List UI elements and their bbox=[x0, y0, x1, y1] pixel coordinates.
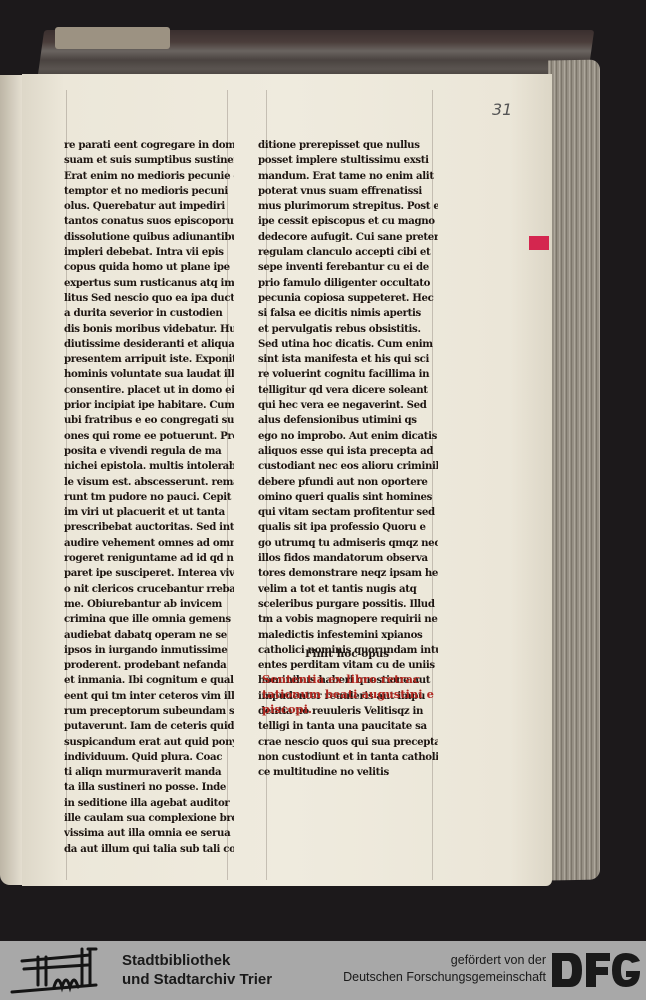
page-fore-edge bbox=[548, 60, 600, 881]
funding-credit: gefördert von der Deutschen Forschungsge… bbox=[343, 952, 546, 986]
rubric-line: tationum beati augustini e bbox=[262, 687, 434, 702]
manuscript-photo: 31 re parati eent cogregare in domusuam … bbox=[0, 0, 646, 940]
text-line: omino queri qualis sint homines bbox=[258, 490, 438, 505]
text-line: ce multitudine no velitis bbox=[258, 765, 438, 780]
rubric-heading: Sententia ex libro retrac tationum beati… bbox=[262, 672, 434, 717]
text-line: maledictis infestemini xpianos bbox=[258, 628, 438, 643]
text-line: im viri ut placuerit et ut tanta bbox=[64, 505, 234, 520]
text-line: eent qui tm inter ceteros vim illo bbox=[64, 689, 234, 704]
text-line: nichei epistola. multis intolerabi bbox=[64, 459, 234, 474]
text-line: ta illa sustineri no posse. Inde bbox=[64, 780, 234, 795]
text-line: olus. Querebatur aut impediri bbox=[64, 199, 234, 214]
text-line: suam et suis sumptibus sustinere. bbox=[64, 153, 234, 168]
text-line: o nit clericos crucebantur rrebarri bbox=[64, 582, 234, 597]
text-line: runt tm pudore no pauci. Cepit bbox=[64, 490, 234, 505]
text-line: paret ipe susciperet. Interea vive bbox=[64, 566, 234, 581]
funding-line2: Deutschen Forschungsgemeinschaft bbox=[343, 969, 546, 986]
text-line: presentem arripuit iste. Exponit bbox=[64, 352, 234, 367]
text-line: dedecore aufugit. Cui sane preter bbox=[258, 230, 438, 245]
text-line: Erat enim no medioris pecunie co bbox=[64, 169, 234, 184]
library-name: Stadtbibliothek und Stadtarchiv Trier bbox=[122, 951, 272, 989]
rubric-line: Sententia ex libro retrac bbox=[262, 672, 434, 687]
text-line: da aut illum qui talia sub tali co bbox=[64, 842, 234, 857]
text-line: rogeret reniguntame ad id qd no bbox=[64, 551, 234, 566]
text-line: aliquos esse qui ista precepta ad bbox=[258, 444, 438, 459]
text-line: rum preceptorum subeundam sibi bbox=[64, 704, 234, 719]
text-line: telligi in tanta una paucitate sa bbox=[258, 719, 438, 734]
text-line: ipe cessit episcopus et cu magno bbox=[258, 214, 438, 229]
text-line: hominis voluntate sua laudat illeat bbox=[64, 367, 234, 382]
library-name-line2: und Stadtarchiv Trier bbox=[122, 970, 272, 989]
text-line: prescribebat auctoritas. Sed interim bbox=[64, 520, 234, 535]
text-line: tantos conatus suos episcoporum bbox=[64, 214, 234, 229]
text-line: pecunia copiosa suppeteret. Hec bbox=[258, 291, 438, 306]
explicit-line: Finit hoc opus bbox=[305, 648, 389, 660]
text-line: ti aliqn murmuraverit manda bbox=[64, 765, 234, 780]
text-line: poterat vnus suam effrenatissi bbox=[258, 184, 438, 199]
text-line: individuum. Quid plura. Coac bbox=[64, 750, 234, 765]
text-line: ego no improbo. Aut enim dicatis bbox=[258, 429, 438, 444]
text-line: ille caulam sua complexione bre bbox=[64, 811, 234, 826]
funding-line1: gefördert von der bbox=[343, 952, 546, 969]
text-line: litus Sed nescio quo ea ipa ducta bbox=[64, 291, 234, 306]
text-line: qualis sit ipa professio Quoru e bbox=[258, 520, 438, 535]
text-line: tores demonstrare neqz ipsam hec bbox=[258, 566, 438, 581]
text-line: mandum. Erat tame no enim alit bbox=[258, 169, 438, 184]
text-line: prior incipiat ipe habitare. Cumq bbox=[64, 398, 234, 413]
text-line: sepe inventi ferebantur cu ei de bbox=[258, 260, 438, 275]
text-line: dis bonis moribus videbatur. Huic bbox=[64, 322, 234, 337]
text-line: vissima aut illa omnia ee serua bbox=[64, 826, 234, 841]
text-line: non custodiunt et in tanta catholi bbox=[258, 750, 438, 765]
text-line: qui vitam sectam profitentur sed bbox=[258, 505, 438, 520]
red-tab-marker bbox=[529, 236, 549, 250]
text-line: mus plurimorum strepitus. Post eni bbox=[258, 199, 438, 214]
text-line: telligitur qd vera dicere soleant bbox=[258, 383, 438, 398]
text-column-left: re parati eent cogregare in domusuam et … bbox=[64, 138, 234, 857]
text-line: sint ista manifesta et his qui sci bbox=[258, 352, 438, 367]
text-line: re voluerint cognitu facillima in bbox=[258, 367, 438, 382]
text-line: audiebat dabatq operam ne se bbox=[64, 628, 234, 643]
text-line: go utrumq tu admiseris qmqz nec bbox=[258, 536, 438, 551]
text-line: et inmania. Ibi cognitum e quales bbox=[64, 673, 234, 688]
text-line: proderent. prodebant nefanda bbox=[64, 658, 234, 673]
text-line: ones qui rome ee potuerunt. Pro bbox=[64, 429, 234, 444]
text-line: debere pfundi aut non oportere bbox=[258, 475, 438, 490]
text-line: regulam clanculo accepti cibi et bbox=[258, 245, 438, 260]
text-line: dissolutione quibus adiunantibus bbox=[64, 230, 234, 245]
text-line: me. Obiurebantur ab invicem bbox=[64, 597, 234, 612]
text-line: et pervulgatis rebus obsistitis. bbox=[258, 322, 438, 337]
text-line: audire vehement omnes ad omnia bbox=[64, 536, 234, 551]
stadtbibliothek-trier-logo-icon bbox=[10, 945, 98, 995]
text-line: custodiant nec eos alioru criminibus bbox=[258, 459, 438, 474]
folio-number: 31 bbox=[492, 100, 512, 119]
text-line: tm a vobis magnopere requirii ne bbox=[258, 612, 438, 627]
text-line: in seditione illa agebat auditor bbox=[64, 796, 234, 811]
facing-page-edge bbox=[0, 75, 22, 885]
footer-bar: Stadtbibliothek und Stadtarchiv Trier ge… bbox=[0, 941, 646, 1000]
text-line: le visum est. abscesserunt. remale bbox=[64, 475, 234, 490]
text-line: suspicandum erat aut quid pony bbox=[64, 735, 234, 750]
text-line: sceleribus purgare possitis. Illud bbox=[258, 597, 438, 612]
text-line: posita e vivendi regula de ma bbox=[64, 444, 234, 459]
text-line: Sed utina hoc dicatis. Cum enim bbox=[258, 337, 438, 352]
text-line: crimina que ille omnia gemens bbox=[64, 612, 234, 627]
text-line: impleri debebat. Intra vii epis bbox=[64, 245, 234, 260]
binding-strip bbox=[55, 27, 170, 49]
text-line: crae nescio quos qui sua precepta bbox=[258, 735, 438, 750]
text-line: temptor et no medioris pecuni bbox=[64, 184, 234, 199]
text-line: a durita severior in custodien bbox=[64, 306, 234, 321]
text-line: qui hec vera ee negaverint. Sed bbox=[258, 398, 438, 413]
text-line: illos fidos mandatorum observa bbox=[258, 551, 438, 566]
dfg-logo-icon bbox=[550, 949, 642, 991]
rubric-line: piscopi. bbox=[262, 702, 434, 717]
text-line: prio famulo diligenter occultato bbox=[258, 276, 438, 291]
text-line: ipsos in iurgando inmutissime bbox=[64, 643, 234, 658]
text-line: ubi fratribus e eo congregati sunt cleri bbox=[64, 413, 234, 428]
text-line: putaverunt. Iam de ceteris quid bbox=[64, 719, 234, 734]
text-line: alus defensionibus utimini qs bbox=[258, 413, 438, 428]
text-line: posset implere stultissimu exsti bbox=[258, 153, 438, 168]
text-line: expertus sum rusticanus atq impo bbox=[64, 276, 234, 291]
library-name-line1: Stadtbibliothek bbox=[122, 951, 272, 970]
text-line: velim a tot et tantis nugis atq bbox=[258, 582, 438, 597]
text-line: consentire. placet ut in domo eius bbox=[64, 383, 234, 398]
text-line: si falsa ee dicitis nimis apertis bbox=[258, 306, 438, 321]
text-line: re parati eent cogregare in domu bbox=[64, 138, 234, 153]
text-line: ditione prerepisset que nullus bbox=[258, 138, 438, 153]
text-line: diutissime desideranti et aliquado bbox=[64, 337, 234, 352]
text-line: copus quida homo ut plane ipe bbox=[64, 260, 234, 275]
